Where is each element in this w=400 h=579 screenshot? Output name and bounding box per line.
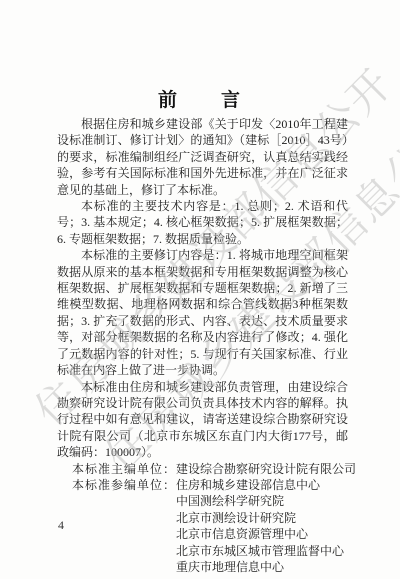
document-page: 住房城乡建设部信息公开 住房城乡建设部信息公开 前 言 根据住房和城乡建设部《关… <box>0 0 400 579</box>
participant-label: 本标准参编单位： <box>72 477 176 493</box>
paragraph-technical-contents: 本标准的主要技术内容是：1. 总则；2. 术语和代号；3. 基本规定；4. 核心… <box>57 198 348 247</box>
participant-unit: 北京市测绘设计研究院 <box>176 510 348 526</box>
page-title: 前 言 <box>0 85 400 112</box>
participant-line: 本标准参编单位：住房和城乡建设部信息中心 <box>57 477 348 493</box>
body-text: 根据住房和城乡建设部《关于印发〈2010年工程建设标准制订、修订计划〉的通知》（… <box>57 116 348 575</box>
participant-unit: 重庆市地理信息中心 <box>176 559 348 575</box>
participant-unit: 北京市东城区城市管理监督中心 <box>176 543 348 559</box>
page-number: 4 <box>58 518 64 533</box>
paragraph-basis: 根据住房和城乡建设部《关于印发〈2010年工程建设标准制订、修订计划〉的通知》（… <box>57 116 348 198</box>
participant-unit: 中国测绘科学研究院 <box>176 493 348 509</box>
chief-editor-label: 本标准主编单位： <box>72 461 176 477</box>
chief-editor-value: 建设综合勘察研究设计院有限公司 <box>176 462 356 476</box>
paragraph-administration: 本标准由住房和城乡建设部负责管理，由建设综合勘察研究设计院有限公司负责具体技术内… <box>57 379 348 461</box>
paragraph-revision-contents: 本标准的主要修订内容是：1. 将城市地理空间框架数据从原来的基本框架数据和专用框… <box>57 247 348 378</box>
participant-unit: 北京市信息资源管理中心 <box>176 526 348 542</box>
chief-editor-line: 本标准主编单位：建设综合勘察研究设计院有限公司 <box>57 461 348 477</box>
participant-unit: 住房和城乡建设部信息中心 <box>176 478 320 492</box>
